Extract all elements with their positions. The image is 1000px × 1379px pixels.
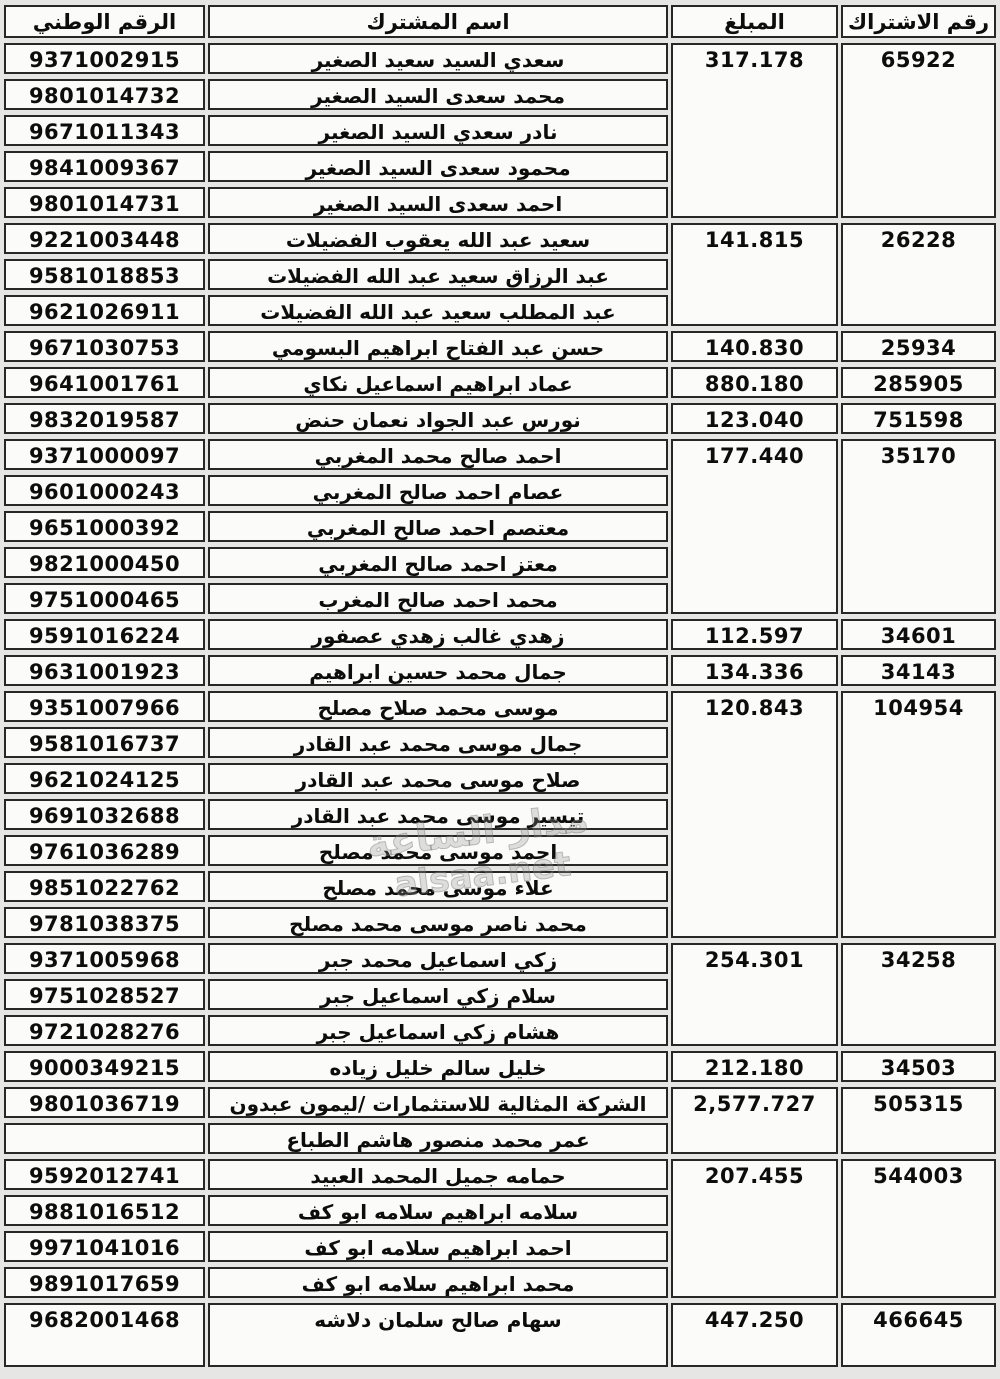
- subscriber-name-cell: محمد احمد صالح المغرب: [208, 583, 668, 614]
- subscription-number-cell: 285905: [841, 367, 996, 398]
- subscriber-name-cell: زهدي غالب زهدي عصفور: [208, 619, 668, 650]
- national-id-cell: 9371005968: [4, 943, 205, 974]
- subscriber-name-cell: زكي اسماعيل محمد جبر: [208, 943, 668, 974]
- subscriber-name-cell: نادر سعدي السيد الصغير: [208, 115, 668, 146]
- subscriber-name-cell: عبد الرزاق سعيد عبد الله الفضيلات: [208, 259, 668, 290]
- subscriber-name-cell: سلام زكي اسماعيل جبر: [208, 979, 668, 1010]
- subscriber-name-cell: محمود سعدى السيد الصغير: [208, 151, 668, 182]
- subscription-number-cell: 25934: [841, 331, 996, 362]
- national-id-cell: 9721028276: [4, 1015, 205, 1046]
- national-id-cell: 9881016512: [4, 1195, 205, 1226]
- subscriber-name-cell: صلاح موسى محمد عبد القادر: [208, 763, 668, 794]
- subscription-number-cell: 751598: [841, 403, 996, 434]
- subscription-number-cell: 26228: [841, 223, 996, 326]
- column-header-amount: المبلغ: [671, 5, 838, 38]
- subscriber-name-cell: نورس عبد الجواد نعمان حنض: [208, 403, 668, 434]
- subscriber-name-cell: عصام احمد صالح المغربي: [208, 475, 668, 506]
- subscriber-name-cell: موسى محمد صلاح مصلح: [208, 691, 668, 722]
- subscriber-name-cell: احمد موسى محمد مصلح: [208, 835, 668, 866]
- column-header-national-id: الرقم الوطني: [4, 5, 205, 38]
- national-id-cell: 9651000392: [4, 511, 205, 542]
- national-id-cell: 9591016224: [4, 619, 205, 650]
- amount-cell: 212.180: [671, 1051, 838, 1082]
- amount-cell: 254.301: [671, 943, 838, 1046]
- subscriber-name-cell: الشركة المثالية للاستثمارات /ليمون عبدون: [208, 1087, 668, 1118]
- subscription-number-cell: 34143: [841, 655, 996, 686]
- subscriber-name-cell: محمد ناصر موسى محمد مصلح: [208, 907, 668, 938]
- national-id-cell: 9891017659: [4, 1267, 205, 1298]
- subscriber-name-cell: سعدي السيد سعيد الصغير: [208, 43, 668, 74]
- national-id-cell: 9751000465: [4, 583, 205, 614]
- subscriber-name-cell: احمد صالح محمد المغربي: [208, 439, 668, 470]
- national-id-cell: 9971041016: [4, 1231, 205, 1262]
- subscriber-name-cell: محمد سعدى السيد الصغير: [208, 79, 668, 110]
- national-id-cell: 9832019587: [4, 403, 205, 434]
- subscriber-name-cell: عماد ابراهيم اسماعيل نكاي: [208, 367, 668, 398]
- subscription-number-cell: 544003: [841, 1159, 996, 1298]
- national-id-cell: 9581018853: [4, 259, 205, 290]
- subscriber-name-cell: معتصم احمد صالح المغربي: [208, 511, 668, 542]
- subscriber-name-cell: سعيد عبد الله يعقوب الفضيلات: [208, 223, 668, 254]
- national-id-cell: 9671030753: [4, 331, 205, 362]
- subscriber-name-cell: احمد سعدى السيد الصغير: [208, 187, 668, 218]
- subscription-number-cell: 104954: [841, 691, 996, 938]
- subscriber-name-cell: هشام زكي اسماعيل جبر: [208, 1015, 668, 1046]
- subscriber-name-cell: جمال محمد حسين ابراهيم: [208, 655, 668, 686]
- national-id-cell: 9641001761: [4, 367, 205, 398]
- subscription-number-cell: 34601: [841, 619, 996, 650]
- national-id-cell: 9801014732: [4, 79, 205, 110]
- national-id-cell: 9601000243: [4, 475, 205, 506]
- national-id-cell: 9621024125: [4, 763, 205, 794]
- subscriber-name-cell: علاء موسى محمد مصلح: [208, 871, 668, 902]
- amount-cell: 140.830: [671, 331, 838, 362]
- amount-cell: 123.040: [671, 403, 838, 434]
- national-id-cell: 9761036289: [4, 835, 205, 866]
- subscriber-name-cell: سلامه ابراهيم سلامه ابو كف: [208, 1195, 668, 1226]
- amount-cell: 880.180: [671, 367, 838, 398]
- subscribers-table: رقم الاشتراك المبلغ اسم المشترك الرقم ال…: [4, 5, 996, 1367]
- amount-cell: 120.843: [671, 691, 838, 938]
- national-id-cell: 9851022762: [4, 871, 205, 902]
- national-id-cell: 9801014731: [4, 187, 205, 218]
- column-header-subscription-number: رقم الاشتراك: [841, 5, 996, 38]
- national-id-cell: 9371002915: [4, 43, 205, 74]
- national-id-cell: 9841009367: [4, 151, 205, 182]
- national-id-cell: 9371000097: [4, 439, 205, 470]
- scanned-subscribers-table-page: مدار الساعة alsaa.net رقم الاشتراك المبل…: [0, 0, 1000, 1379]
- national-id-cell: 9682001468: [4, 1303, 205, 1367]
- national-id-cell: 9751028527: [4, 979, 205, 1010]
- amount-cell: 447.250: [671, 1303, 838, 1367]
- national-id-cell: 9000349215: [4, 1051, 205, 1082]
- amount-cell: 177.440: [671, 439, 838, 614]
- subscription-number-cell: 466645: [841, 1303, 996, 1367]
- subscription-number-cell: 34258: [841, 943, 996, 1046]
- amount-cell: 207.455: [671, 1159, 838, 1298]
- subscriber-name-cell: تيسير موسى محمد عبد القادر: [208, 799, 668, 830]
- amount-cell: 134.336: [671, 655, 838, 686]
- subscription-number-cell: 34503: [841, 1051, 996, 1082]
- national-id-cell: 9581016737: [4, 727, 205, 758]
- subscriber-name-cell: عمر محمد منصور هاشم الطباع: [208, 1123, 668, 1154]
- subscriber-name-cell: عبد المطلب سعيد عبد الله الفضيلات: [208, 295, 668, 326]
- subscriber-name-cell: حمامه جميل المحمد العبيد: [208, 1159, 668, 1190]
- national-id-cell: 9621026911: [4, 295, 205, 326]
- amount-cell: 141.815: [671, 223, 838, 326]
- national-id-cell: 9631001923: [4, 655, 205, 686]
- national-id-cell: 9221003448: [4, 223, 205, 254]
- subscription-number-cell: 65922: [841, 43, 996, 218]
- national-id-cell: 9821000450: [4, 547, 205, 578]
- national-id-cell: 9691032688: [4, 799, 205, 830]
- national-id-cell: 9801036719: [4, 1087, 205, 1118]
- national-id-cell: 9671011343: [4, 115, 205, 146]
- amount-cell: 2,577.727: [671, 1087, 838, 1154]
- subscriber-name-cell: خليل سالم خليل زياده: [208, 1051, 668, 1082]
- subscriber-name-cell: سهام صالح سلمان دلاشه: [208, 1303, 668, 1367]
- national-id-cell: 9592012741: [4, 1159, 205, 1190]
- national-id-cell: 9781038375: [4, 907, 205, 938]
- amount-cell: 112.597: [671, 619, 838, 650]
- national-id-cell: 9351007966: [4, 691, 205, 722]
- subscriber-name-cell: محمد ابراهيم سلامه ابو كف: [208, 1267, 668, 1298]
- subscriber-name-cell: حسن عبد الفتاح ابراهيم البسومي: [208, 331, 668, 362]
- subscription-number-cell: 505315: [841, 1087, 996, 1154]
- subscription-number-cell: 35170: [841, 439, 996, 614]
- subscriber-name-cell: معتز احمد صالح المغربي: [208, 547, 668, 578]
- column-header-subscriber-name: اسم المشترك: [208, 5, 668, 38]
- subscriber-name-cell: احمد ابراهيم سلامه ابو كف: [208, 1231, 668, 1262]
- subscriber-name-cell: جمال موسى محمد عبد القادر: [208, 727, 668, 758]
- national-id-cell: [4, 1123, 205, 1154]
- amount-cell: 317.178: [671, 43, 838, 218]
